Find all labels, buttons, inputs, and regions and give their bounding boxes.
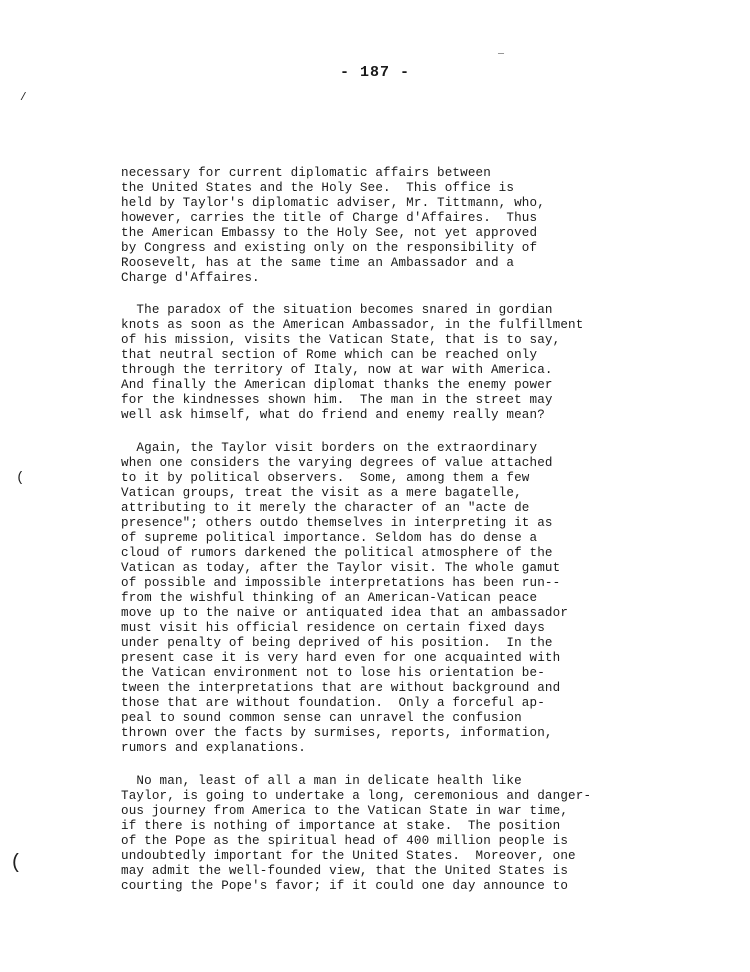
paragraph-3: Again, the Taylor visit borders on the e… <box>121 441 568 756</box>
paragraph-1: necessary for current diplomatic affairs… <box>121 166 545 286</box>
paragraph-4: No man, least of all a man in delicate h… <box>121 774 591 894</box>
margin-mark: ( <box>16 470 24 486</box>
margin-mark: / <box>20 92 27 104</box>
margin-mark: ( <box>10 852 22 875</box>
margin-mark: ¯ <box>498 54 504 65</box>
page-number: - 187 - <box>0 64 750 81</box>
paragraph-2: The paradox of the situation becomes sna… <box>121 303 583 423</box>
